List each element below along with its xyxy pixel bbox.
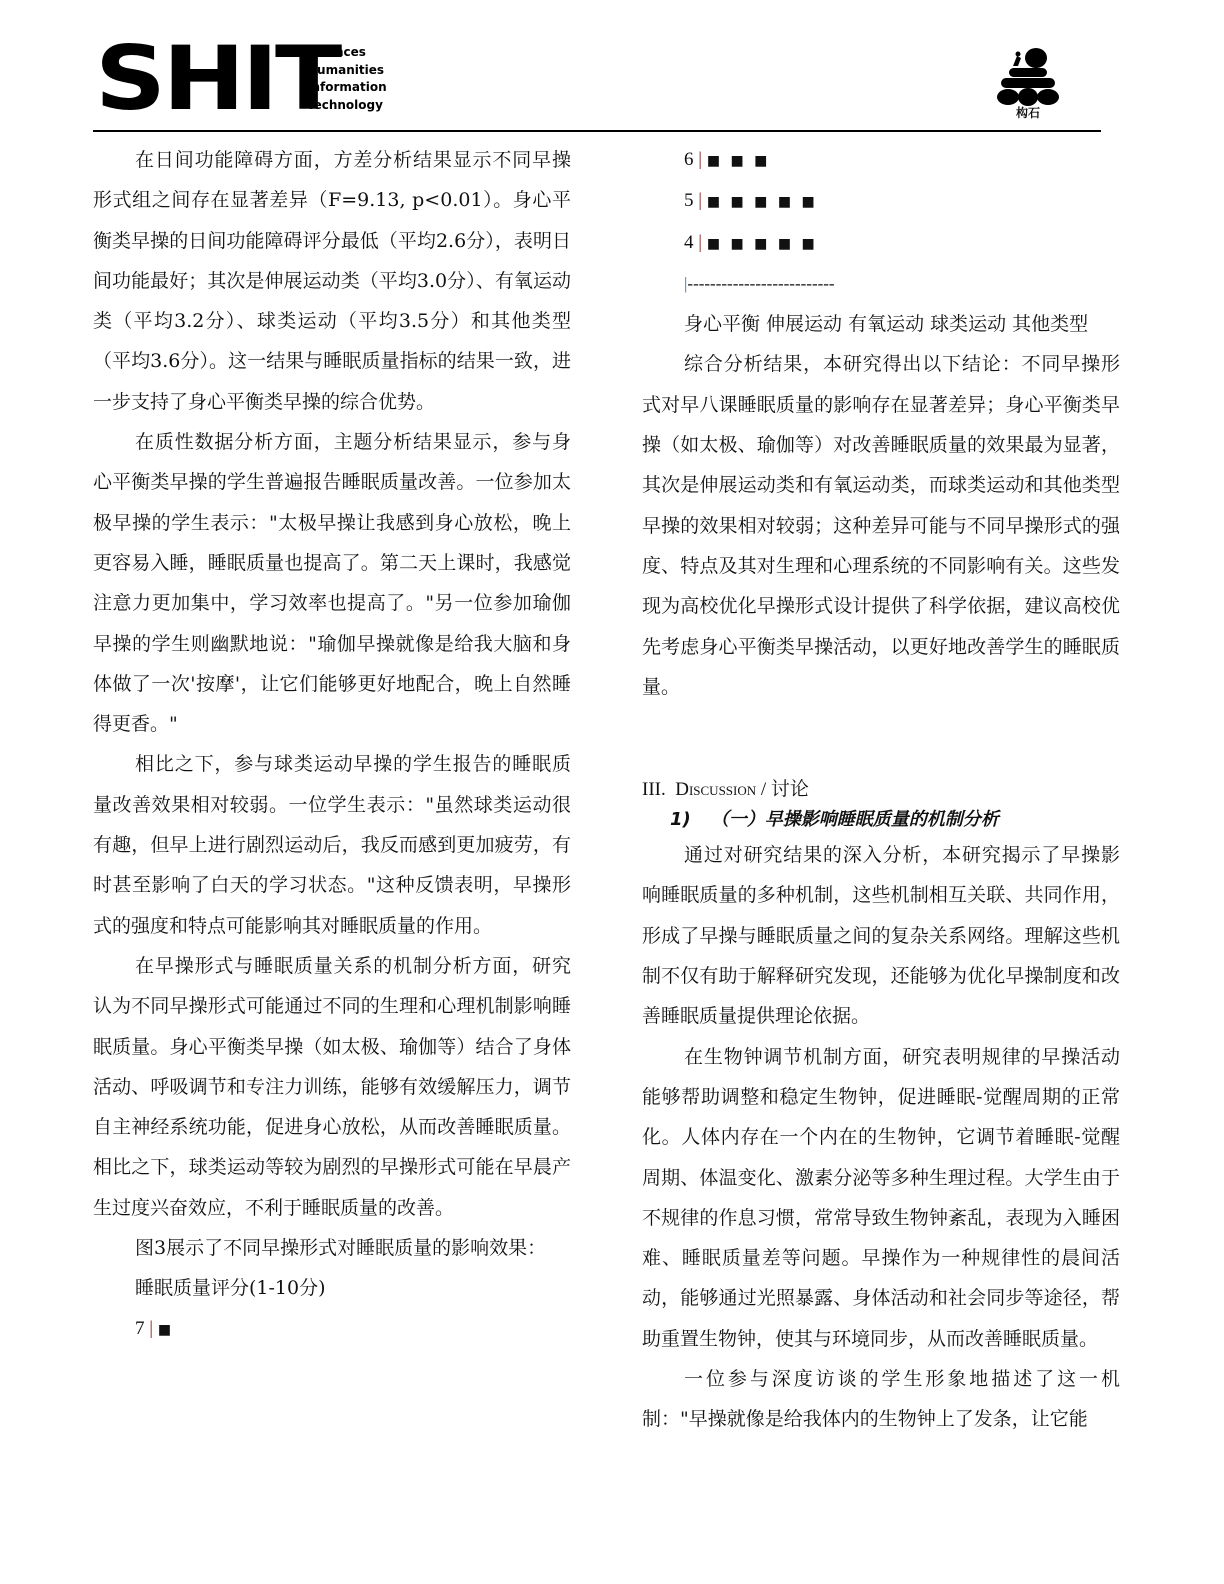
journal-logo: SHIT xyxy=(95,42,339,116)
chart-row-marks: ■ ■ ■ xyxy=(707,153,771,169)
subsection-heading: 1)（一）早操影响睡眠质量的机制分析 xyxy=(642,805,1120,835)
body-paragraph: 在生物钟调节机制方面，研究表明规律的早操活动能够帮助调整和稳定生物钟，促进睡眠-… xyxy=(642,1037,1120,1359)
chart-row: 6 | ■ ■ ■ xyxy=(642,140,1120,181)
chart-axis: |-------------------------- xyxy=(642,264,1120,304)
body-paragraph: 一位参与深度访谈的学生形象地描述了这一机制："早操就像是给我体内的生物钟上了发条… xyxy=(642,1359,1120,1440)
chart-row: 4 | ■ ■ ■ ■ ■ xyxy=(642,223,1120,264)
chart-row-label: 7 xyxy=(135,1318,145,1339)
logo-subtitle-line: Sciences xyxy=(307,44,387,62)
page-header: SHIT Sciences Humanities Information Tec… xyxy=(93,40,1101,132)
chart-row-marks: ■ xyxy=(158,1322,174,1338)
spacer xyxy=(642,707,1120,775)
body-paragraph: 在质性数据分析方面，主题分析结果显示，参与身心平衡类早操的学生普遍报告睡眠质量改… xyxy=(93,422,571,744)
body-paragraph: 在早操形式与睡眠质量关系的机制分析方面，研究认为不同早操形式可能通过不同的生理和… xyxy=(93,946,571,1228)
conclusion-paragraph: 综合分析结果，本研究得出以下结论：不同早操形式对早八课睡眠质量的影响存在显著差异… xyxy=(642,344,1120,707)
body-paragraph: 通过对研究结果的深入分析，本研究揭示了早操影响睡眠质量的多种机制，这些机制相互关… xyxy=(642,835,1120,1036)
section-heading: III. Discussion / 讨论 xyxy=(642,775,1120,805)
left-column: 在日间功能障碍方面，方差分析结果显示不同早操形式组之间存在显著差异（F=9.13… xyxy=(93,140,571,1350)
emblem-label: 构石 xyxy=(993,106,1063,120)
chart-title: 睡眠质量评分(1-10分) xyxy=(93,1268,571,1308)
chart-category-labels: 身心平衡 伸展运动 有氧运动 球类运动 其他类型 xyxy=(642,304,1120,344)
logo-subtitle-line: Humanities xyxy=(307,62,387,80)
right-column: 6 | ■ ■ ■ 5 | ■ ■ ■ ■ ■ 4 | ■ ■ ■ ■ ■ |-… xyxy=(642,140,1120,1440)
body-paragraph: 在日间功能障碍方面，方差分析结果显示不同早操形式组之间存在显著差异（F=9.13… xyxy=(93,140,571,422)
chart-row: 7 | ■ xyxy=(93,1309,571,1350)
body-paragraph: 相比之下，参与球类运动早操的学生报告的睡眠质量改善效果相对较弱。一位学生表示："… xyxy=(93,744,571,945)
figure-intro: 图3展示了不同早操形式对睡眠质量的影响效果： xyxy=(93,1228,571,1268)
emblem: 构石 xyxy=(993,46,1063,122)
chart-row-label: 5 xyxy=(684,190,694,211)
chart-row-marks: ■ ■ ■ ■ ■ xyxy=(707,194,818,210)
chart-row-label: 4 xyxy=(684,232,694,253)
header-divider xyxy=(93,130,1101,132)
logo-subtitle-line: Technology xyxy=(307,97,387,115)
chart-row-marks: ■ ■ ■ ■ ■ xyxy=(707,236,818,252)
stone-pile-icon xyxy=(995,46,1061,106)
journal-logo-subtitle: Sciences Humanities Information Technolo… xyxy=(307,44,387,114)
chart-row-label: 6 xyxy=(684,149,694,170)
chart-row: 5 | ■ ■ ■ ■ ■ xyxy=(642,181,1120,222)
logo-subtitle-line: Information xyxy=(307,79,387,97)
